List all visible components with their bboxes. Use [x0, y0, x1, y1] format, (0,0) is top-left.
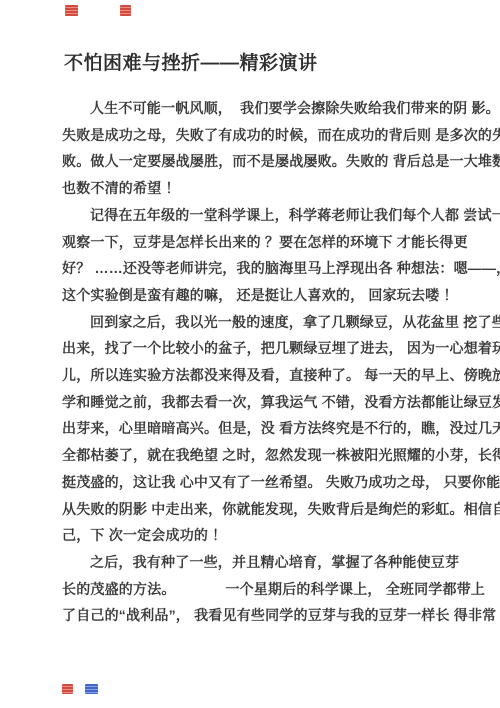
text-line: 出来，找了一个比较小的盆子，把几颗绿豆埋了进去， 因为一心想着玩 [62, 335, 456, 362]
blue-stamp-icon [85, 684, 98, 694]
text-line: 记得在五年级的一堂科学课上，科学蒋老师让我们每个人都 尝试一下、 [62, 202, 456, 229]
text-line: 己，下 次一定会成功的 ！ [62, 522, 456, 549]
text-line: 观察一下，豆芽是怎样长出来的 ？要在怎样的环境下 才能长得更 [62, 229, 456, 256]
text-line: 也数不清的希望 ！ [62, 175, 456, 202]
text-line: 全都枯萎了，就在我绝望 之时，忽然发现一株被阳光照耀的小芽，长得 [62, 442, 456, 469]
text-line: 了自己的“战利品”， 我看见有些同学的豆芽与我的豆芽一样长 得非常 [62, 602, 456, 629]
document-page: 不怕困难与挫折——精彩演讲 人生不可能一帆风顺， 我们要学会擦除失败给我们带来的… [0, 0, 500, 708]
text-line: 失败是成功之母，失败了有成功的时候，而在成功的背后则 是多次的失 [62, 122, 456, 149]
red-stamp-icon [62, 684, 73, 694]
text-line: 之后，我有种了一些，并且精心培育，掌握了各种能使豆芽 [62, 549, 456, 576]
text-line: 挺茂盛的，这让我 心中又有了一丝希望。 失败乃成功之母， 只要你能 [62, 469, 456, 496]
text-line: 好？ ……还没等老师讲完，我的脑海里马上浮现出各 种想法：嗯——， [62, 255, 456, 282]
text-line: 长的茂盛的方法。 一个星期后的科学课上， 全班同学都带上 [62, 576, 456, 603]
text-line: 这个实验倒是蛮有趣的嘛， 还是挺让人喜欢的， 回家玩去喽 ！ [62, 282, 456, 309]
text-line: 从失败的阴影 中走出来，你就能发现，失败背后是绚烂的彩虹。相信自 [62, 496, 456, 523]
text-line: 败。做人一定要屡战屡胜，而不是屡战屡败。失败的 背后总是一大堆数 [62, 148, 456, 175]
text-line: 人生不可能一帆风顺， 我们要学会擦除失败给我们带来的阴 影。 [62, 95, 456, 122]
page-title: 不怕困难与挫折——精彩演讲 [64, 52, 456, 76]
text-line: 回到家之后，我以光一般的速度，拿了几颗绿豆，从花盆里 挖了些土 [62, 309, 456, 336]
text-line: 出芽来，心里暗暗高兴。但是，没 看方法终究是不行的，瞧，没过几天， [62, 415, 456, 442]
text-line: 儿，所以连实验方法都没来得及看，直接种了。 每一天的早上、傍晚放 [62, 362, 456, 389]
document-content: 不怕困难与挫折——精彩演讲 人生不可能一帆风顺， 我们要学会擦除失败给我们带来的… [0, 0, 500, 629]
text-line: 学和睡觉之前，我都去看一次，算我运气 不错，没看方法都能让绿豆发 [62, 389, 456, 416]
